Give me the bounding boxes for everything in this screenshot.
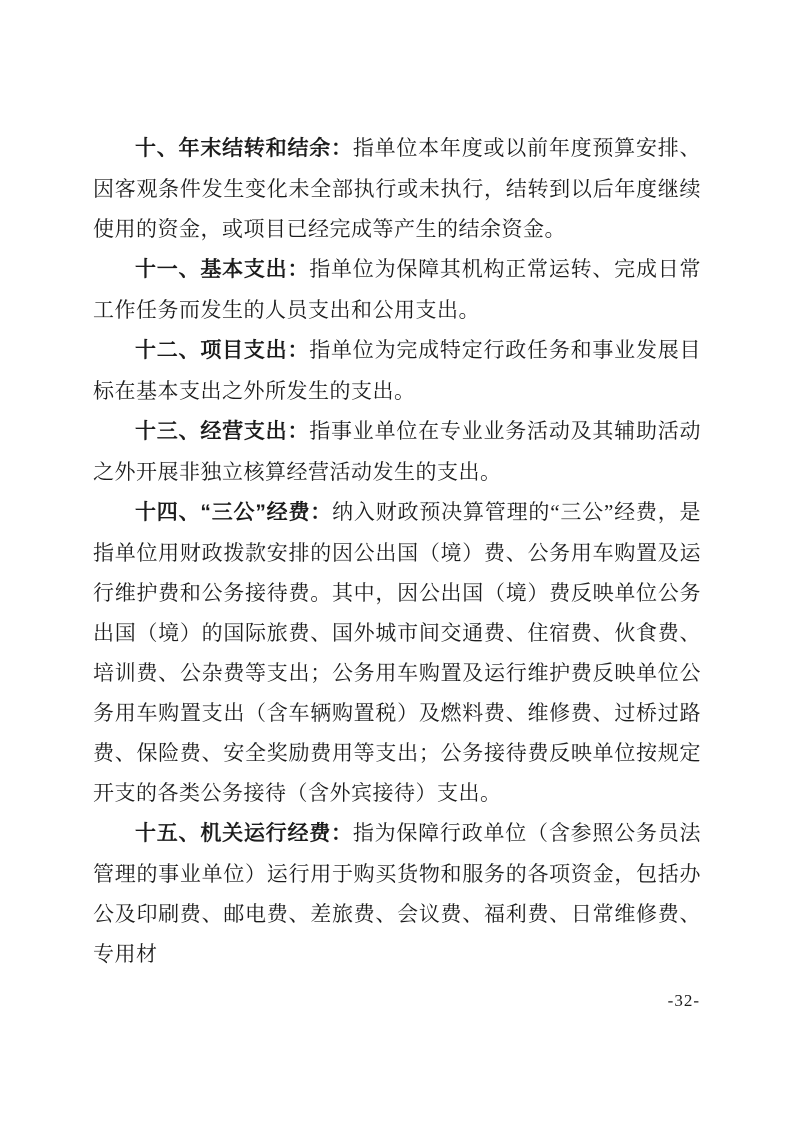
paragraph-term-14: 十四、“三公”经费：纳入财政预决算管理的“三公”经费，是指单位用财政拨款安排的因… [93,492,701,813]
paragraph-term-10: 十、年末结转和结余：指单位本年度或以前年度预算安排、因客观条件发生变化未全部执行… [93,128,701,249]
paragraph-lead: 十二、项目支出： [135,339,309,362]
page-number: -32- [668,991,700,1011]
paragraph-term-11: 十一、基本支出：指单位为保障其机构正常运转、完成日常工作任务而发生的人员支出和公… [93,249,701,330]
paragraph-lead: 十四、“三公”经费： [135,501,332,524]
paragraph-text: 纳入财政预决算管理的“三公”经费，是指单位用财政拨款安排的因公出国（境）费、公务… [93,500,701,805]
paragraph-term-13: 十三、经营支出：指事业单位在专业业务活动及其辅助活动之外开展非独立核算经营活动发… [93,411,701,492]
paragraph-lead: 十五、机关运行经费： [135,822,353,845]
paragraph-lead: 十、年末结转和结余： [135,137,353,160]
paragraph-lead: 十三、经营支出： [135,420,309,443]
paragraph-lead: 十一、基本支出： [135,258,309,281]
document-body: 十、年末结转和结余：指单位本年度或以前年度预算安排、因客观条件发生变化未全部执行… [93,128,701,974]
paragraph-term-12: 十二、项目支出：指单位为完成特定行政任务和事业发展目标在基本支出之外所发生的支出… [93,330,701,411]
paragraph-term-15: 十五、机关运行经费：指为保障行政单位（含参照公务员法管理的事业单位）运行用于购买… [93,813,701,974]
document-page: 十、年末结转和结余：指单位本年度或以前年度预算安排、因客观条件发生变化未全部执行… [0,0,793,1122]
